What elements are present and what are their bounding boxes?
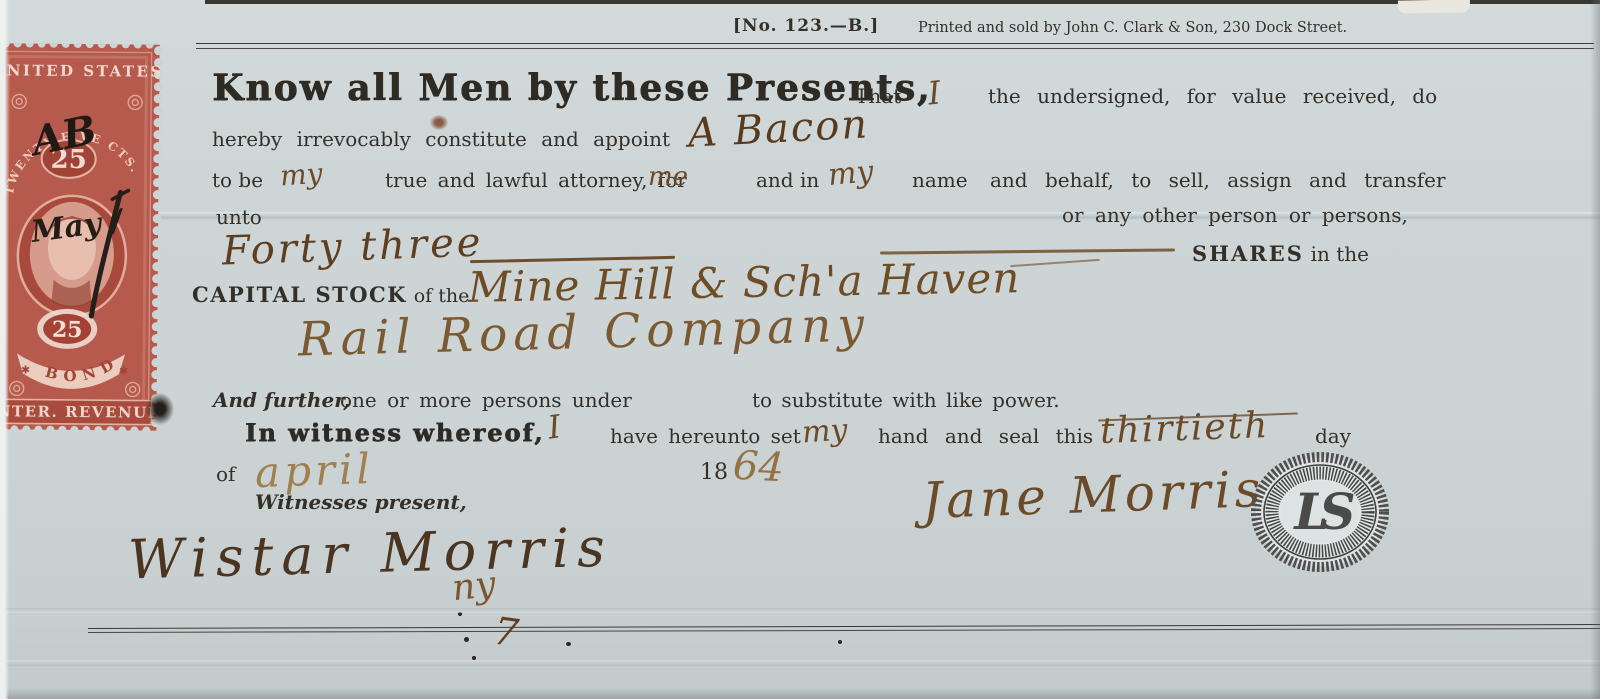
right-edge-shadow: [1590, 0, 1600, 699]
handwritten-shares-count: Forty three: [221, 219, 484, 274]
line6-capital-stock: CAPITAL STOCK of the: [192, 282, 469, 307]
line4-other-persons: or any other person or persons,: [1062, 203, 1408, 227]
line3-attorney: true and lawful attorney, for: [385, 168, 687, 192]
witness-whereof: In witness whereof,: [245, 418, 544, 447]
handwritten-my-2: my: [827, 154, 875, 193]
stamp-inter-revenue-label: INTER. REVENUE: [0, 402, 161, 422]
line8-substitute: to substitute with like power.: [752, 388, 1060, 412]
line4-unto: unto: [216, 205, 262, 229]
line9-hand-seal: hand and seal this: [878, 424, 1093, 448]
handwritten-dash-2: [880, 248, 1175, 254]
revenue-stamp: UNITED STATES TWENTY FIVE CTS. 25 25 BON…: [0, 43, 168, 434]
document-scan: [No. 123.—B.] Printed and sold by John C…: [0, 0, 1600, 699]
line3-name: name: [912, 168, 968, 192]
stray-mark-hook: 7: [491, 609, 521, 656]
bottom-edge-shadow: [0, 688, 1600, 699]
shares-caps: SHARES: [1192, 241, 1304, 266]
handwritten-attorney-name: A Bacon: [687, 101, 870, 156]
line10-eighteen: 18: [700, 460, 728, 485]
of-the: of the: [414, 285, 470, 307]
handwritten-my-3: my: [801, 412, 849, 450]
printer-credit: Printed and sold by John C. Clark & Son,…: [918, 20, 1347, 36]
ink-dot: [472, 656, 476, 660]
ink-dot: [566, 642, 571, 646]
stamp-value-bottom: 25: [52, 317, 83, 343]
witnesses-present-label: Witnesses present,: [255, 490, 467, 514]
ink-blot: [430, 115, 448, 130]
witness-signature: Wistar Morris: [127, 516, 613, 592]
handwritten-dash-3: [1010, 259, 1100, 267]
handwritten-company-line2: Rail Road Company: [297, 298, 870, 368]
line3-to-be: to be: [212, 168, 263, 192]
line3-behalf: and behalf, to sell, assign and transfer: [990, 168, 1446, 192]
stamp-country-label: UNITED STATES: [0, 61, 164, 81]
line3-and-in: and in: [756, 168, 819, 192]
line2-appoint: hereby irrevocably constitute and appoin…: [212, 127, 670, 151]
handwritten-i-1: I: [926, 73, 943, 112]
principal-signature: Jane Morris: [921, 460, 1265, 530]
handwritten-day-word: thirtieth: [1099, 405, 1270, 452]
line8-persons-under: one or more persons under: [340, 388, 632, 412]
bottom-rule: [88, 624, 1600, 633]
form-number: [No. 123.—B.]: [733, 16, 879, 36]
handwritten-i-2: I: [545, 407, 563, 446]
shares-in-the: in the: [1311, 242, 1369, 266]
ink-dot: [838, 640, 842, 644]
line5-shares: SHARES in the: [1192, 241, 1369, 266]
ink-dot: [458, 612, 462, 616]
line1-rest: the undersigned, for value received, do: [988, 84, 1437, 108]
handwritten-me: me: [648, 162, 688, 192]
handwritten-year: 64: [732, 443, 785, 492]
fold-crease-3: [0, 660, 1600, 666]
seal-monogram: LS: [1292, 482, 1354, 541]
ink-smudge: [146, 393, 174, 425]
header-rule: [196, 43, 1594, 49]
ink-dot: [464, 637, 469, 642]
handwritten-my-1: my: [279, 157, 324, 193]
top-edge-rule: [205, 0, 1600, 4]
notary-seal: LS: [1250, 452, 1390, 572]
capital-stock-caps: CAPITAL STOCK: [192, 282, 407, 307]
line10-of: of: [216, 462, 235, 486]
svg-text:✱: ✱: [21, 363, 30, 376]
svg-text:✱: ✱: [119, 364, 128, 377]
stray-mark-loop: ny: [450, 564, 498, 609]
line8-and-further: And further,: [213, 388, 350, 412]
line9-day: day: [1315, 424, 1351, 448]
fold-crease-2: [0, 608, 1600, 613]
